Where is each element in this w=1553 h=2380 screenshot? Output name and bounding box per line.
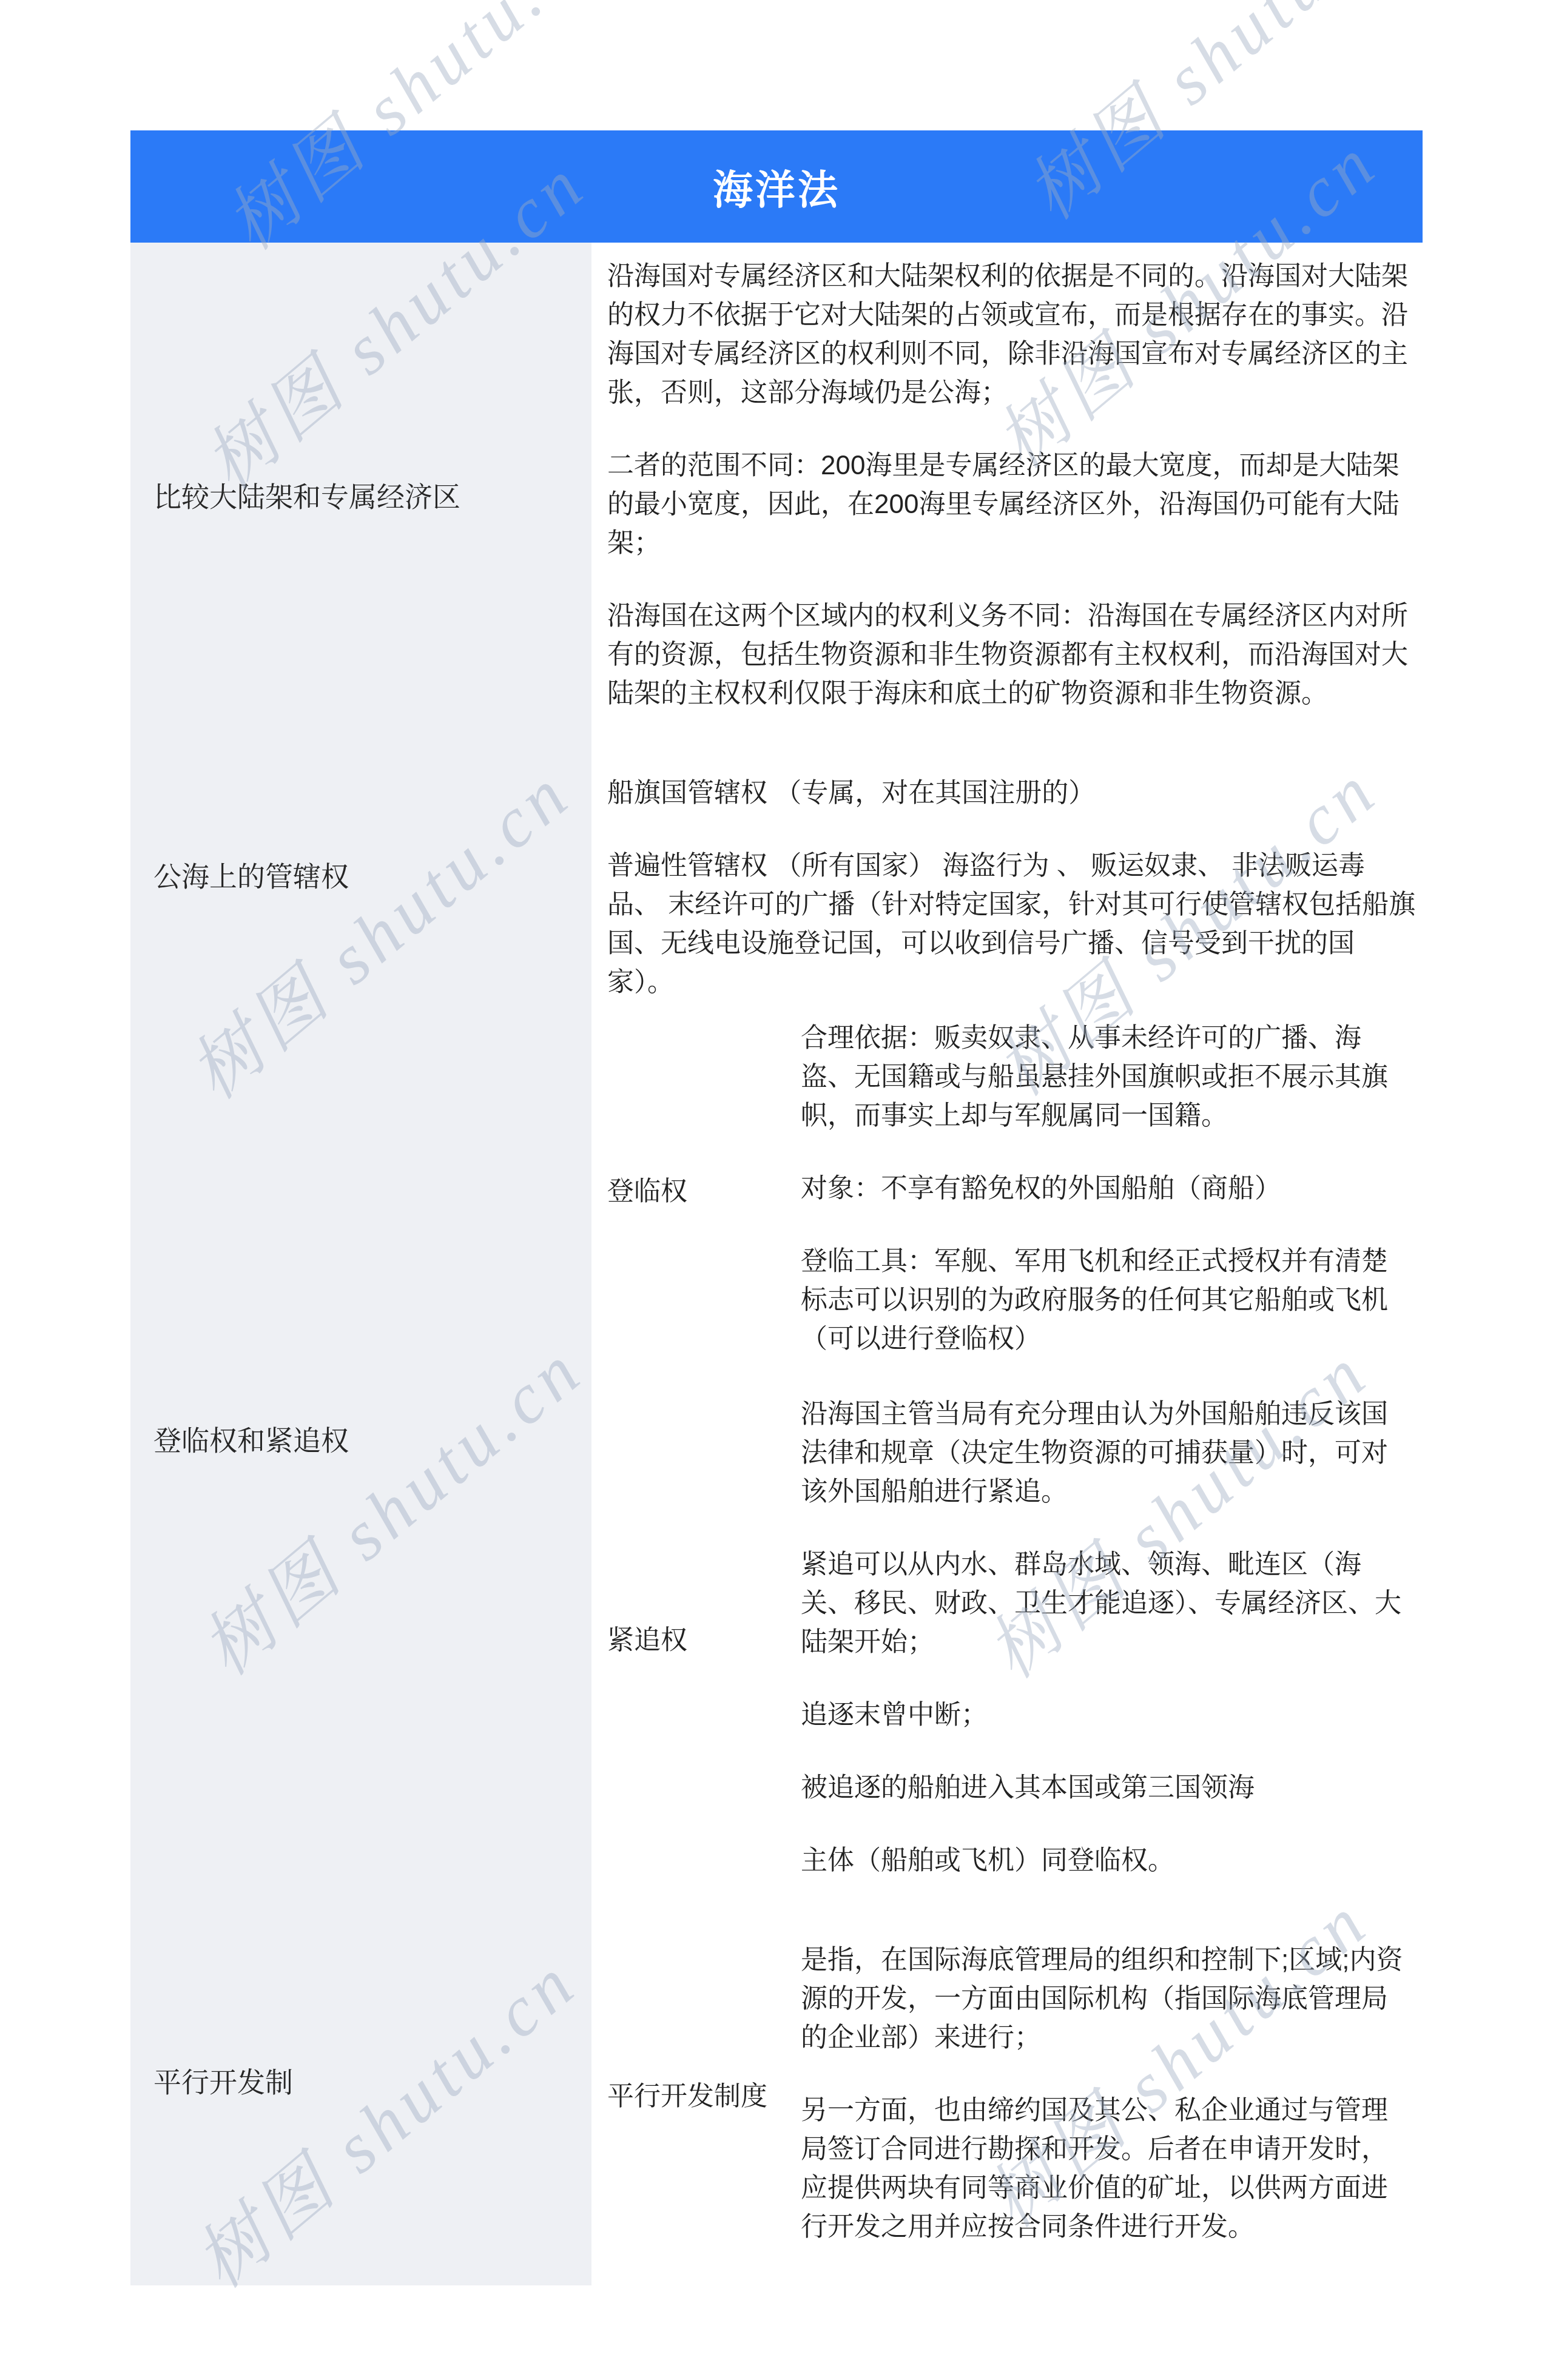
- paragraph: 合理依据：贩卖奴隶、从事未经许可的广播、海盗、无国籍或与船虽悬挂外国旗帜或拒不展…: [801, 1019, 1413, 1135]
- section-label-cell: 公海上的管辖权: [130, 752, 591, 1002]
- sections-container: 比较大陆架和专属经济区 沿海国对专属经济区和大陆架权利的依据是不同的。沿海国对大…: [130, 243, 1423, 2285]
- subsection-label-cell: 登临权: [591, 1019, 801, 1359]
- subsection-label: 紧追权: [607, 1618, 687, 1657]
- paragraph: 船旗国管辖权 （专属，对在其国注册的）: [607, 774, 1418, 813]
- paragraph: 沿海国对专属经济区和大陆架权利的依据是不同的。沿海国对大陆架的权力不依据于它对大…: [607, 257, 1418, 412]
- paragraph: 对象：不享有豁免权的外国船舶（商船）: [801, 1169, 1413, 1208]
- section-content: 沿海国对专属经济区和大陆架权利的依据是不同的。沿海国对大陆架的权力不依据于它对大…: [591, 243, 1423, 752]
- paragraph: 是指，在国际海底管理局的组织和控制下;区域;内资源的开发，一方面由国际机构（指国…: [801, 1941, 1413, 2057]
- paragraph: 二者的范围不同：200海里是专属经济区的最大宽度，而却是大陆架的最小宽度，因此，…: [607, 446, 1418, 563]
- section-continental-shelf-vs-eez: 比较大陆架和专属经济区 沿海国对专属经济区和大陆架权利的依据是不同的。沿海国对大…: [130, 243, 1423, 752]
- page-title: 海洋法: [713, 158, 840, 215]
- section-label-cell: 平行开发制: [130, 1880, 591, 2285]
- section-label: 公海上的管辖权: [153, 859, 349, 895]
- section-label: 登临权和紧追权: [153, 1423, 349, 1459]
- title-bar: 海洋法: [130, 130, 1423, 243]
- subsection-label: 登临权: [607, 1169, 687, 1208]
- study-sheet: 海洋法 比较大陆架和专属经济区 沿海国对专属经济区和大陆架权利的依据是不同的。沿…: [130, 130, 1423, 2285]
- section-high-seas-jurisdiction: 公海上的管辖权 船旗国管辖权 （专属，对在其国注册的） 普遍性管辖权 （所有国家…: [130, 752, 1423, 1002]
- subsection-label-cell: 紧追权: [591, 1395, 801, 1880]
- subsection-label-cell: 平行开发制度: [591, 1941, 801, 2247]
- paragraph: 登临工具：军舰、军用飞机和经正式授权并有清楚标志可以识别的为政府服务的任何其它船…: [801, 1242, 1413, 1359]
- section-label: 平行开发制: [153, 2065, 293, 2101]
- subsection-hot-pursuit-right: 紧追权 沿海国主管当局有充分理由认为外国船舶违反该国法律和规章（决定生物资源的可…: [591, 1395, 1418, 1880]
- subsection-label: 平行开发制度: [607, 2074, 767, 2113]
- section-label-cell: 登临权和紧追权: [130, 1002, 591, 1880]
- subsections: 平行开发制度 是指，在国际海底管理局的组织和控制下;区域;内资源的开发，一方面由…: [591, 1941, 1418, 2247]
- section-boarding-and-hot-pursuit: 登临权和紧追权 登临权 合理依据：贩卖奴隶、从事未经许可的广播、海盗、无国籍或与…: [130, 1002, 1423, 1880]
- section-content: 登临权 合理依据：贩卖奴隶、从事未经许可的广播、海盗、无国籍或与船虽悬挂外国旗帜…: [591, 1002, 1423, 1880]
- paragraph: 普遍性管辖权 （所有国家） 海盗行为 、 贩运奴隶、 非法贩运毒品、 末经许可的…: [607, 847, 1418, 1002]
- paragraph: 追逐末曾中断；: [801, 1696, 1413, 1735]
- section-content: 平行开发制度 是指，在国际海底管理局的组织和控制下;区域;内资源的开发，一方面由…: [591, 1880, 1423, 2285]
- section-label: 比较大陆架和专属经济区: [153, 479, 460, 516]
- section-label-cell: 比较大陆架和专属经济区: [130, 243, 591, 752]
- paragraph: 紧追可以从内水、群岛水域、领海、毗连区（海关、移民、财政、卫生才能追逐）、专属经…: [801, 1545, 1413, 1662]
- paragraph: 被追逐的船舶进入其本国或第三国领海: [801, 1769, 1413, 1807]
- subsection-content: 合理依据：贩卖奴隶、从事未经许可的广播、海盗、无国籍或与船虽悬挂外国旗帜或拒不展…: [801, 1019, 1418, 1359]
- paragraph: 另一方面，也由缔约国及其公、私企业通过与管理局签订合同进行勘探和开发。后者在申请…: [801, 2091, 1413, 2247]
- paragraph: 沿海国主管当局有充分理由认为外国船舶违反该国法律和规章（决定生物资源的可捕获量）…: [801, 1395, 1413, 1511]
- subsections: 登临权 合理依据：贩卖奴隶、从事未经许可的广播、海盗、无国籍或与船虽悬挂外国旗帜…: [591, 1019, 1418, 1880]
- subsection-content: 是指，在国际海底管理局的组织和控制下;区域;内资源的开发，一方面由国际机构（指国…: [801, 1941, 1418, 2247]
- subsection-content: 沿海国主管当局有充分理由认为外国船舶违反该国法律和规章（决定生物资源的可捕获量）…: [801, 1395, 1418, 1880]
- section-content: 船旗国管辖权 （专属，对在其国注册的） 普遍性管辖权 （所有国家） 海盗行为 、…: [591, 752, 1423, 1002]
- subsection-boarding-right: 登临权 合理依据：贩卖奴隶、从事未经许可的广播、海盗、无国籍或与船虽悬挂外国旗帜…: [591, 1019, 1418, 1359]
- subsection-parallel-development: 平行开发制度 是指，在国际海底管理局的组织和控制下;区域;内资源的开发，一方面由…: [591, 1941, 1418, 2247]
- paragraph: 主体（船舶或飞机）同登临权。: [801, 1841, 1413, 1880]
- section-parallel-development-system: 平行开发制 平行开发制度 是指，在国际海底管理局的组织和控制下;区域;内资源的开…: [130, 1880, 1423, 2285]
- paragraph: 沿海国在这两个区域内的权利义务不同：沿海国在专属经济区内对所有的资源，包括生物资…: [607, 597, 1418, 713]
